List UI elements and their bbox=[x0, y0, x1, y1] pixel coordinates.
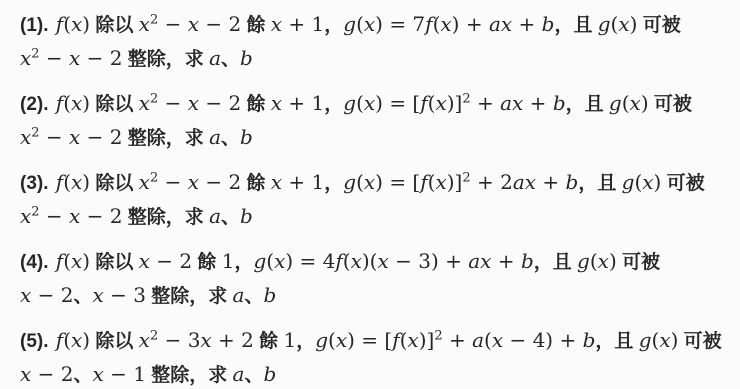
math-segment: x − 3 bbox=[93, 283, 146, 307]
problem-number: (2). bbox=[20, 94, 49, 115]
text-segment: ， bbox=[296, 331, 315, 352]
text-segment: 餘 bbox=[241, 94, 271, 115]
math-segment: x2 − x − 2 bbox=[20, 46, 123, 70]
math-segment: g(x) = [f(x)]2 + a(x − 4) + b bbox=[315, 328, 595, 352]
text-segment: 除以 bbox=[90, 173, 139, 194]
text-segment: 可被 bbox=[678, 331, 721, 352]
problem-5: (5). f(x) 除以 x2 − 3x + 2 餘 1，g(x) = [f(x… bbox=[20, 324, 728, 389]
math-segment: x − 2 bbox=[20, 362, 73, 386]
math-segment: g(x) bbox=[622, 170, 662, 194]
text-segment: 除以 bbox=[90, 94, 139, 115]
math-segment: b bbox=[240, 46, 253, 70]
text-segment: 、 bbox=[73, 286, 92, 307]
math-segment: b bbox=[264, 362, 277, 386]
text-segment: 可被 bbox=[661, 173, 704, 194]
problem-4: (4). f(x) 除以 x − 2 餘 1，g(x) = 4f(x)(x − … bbox=[20, 245, 728, 313]
math-segment: 1 bbox=[283, 328, 296, 352]
text-segment: 、 bbox=[221, 207, 240, 228]
text-segment: 整除，求 bbox=[123, 128, 210, 149]
math-segment: x − 1 bbox=[93, 362, 146, 386]
math-segment: g(x) = [f(x)]2 + ax + b bbox=[343, 91, 565, 115]
math-segment: g(x) = 7f(x) + ax + b bbox=[343, 12, 554, 36]
problem-number: (4). bbox=[20, 252, 49, 273]
math-segment: a bbox=[209, 46, 221, 70]
text-segment: ，且 bbox=[566, 94, 609, 115]
math-segment: x2 − x − 2 bbox=[20, 125, 123, 149]
math-segment: a bbox=[209, 125, 221, 149]
text-segment: 餘 bbox=[241, 173, 271, 194]
text-segment: 可被 bbox=[617, 252, 660, 273]
math-segment: b bbox=[240, 204, 253, 228]
problem-number: (1). bbox=[20, 15, 49, 36]
math-problems-document: (1). f(x) 除以 x2 − x − 2 餘 x + 1，g(x) = 7… bbox=[0, 0, 740, 389]
math-segment: b bbox=[264, 283, 277, 307]
math-segment: x + 1 bbox=[271, 170, 324, 194]
text-segment: 、 bbox=[244, 286, 263, 307]
text-segment: ，且 bbox=[578, 173, 621, 194]
math-segment: f(x) bbox=[56, 249, 90, 273]
text-segment: 餘 bbox=[241, 15, 271, 36]
text-segment: ，且 bbox=[534, 252, 577, 273]
text-segment: 、 bbox=[221, 49, 240, 70]
math-segment: g(x) bbox=[609, 91, 649, 115]
math-segment: x2 − 3x + 2 bbox=[139, 328, 254, 352]
problem-3: (3). f(x) 除以 x2 − x − 2 餘 x + 1，g(x) = [… bbox=[20, 166, 728, 234]
math-segment: g(x) = [f(x)]2 + 2ax + b bbox=[343, 170, 578, 194]
math-segment: x2 − x − 2 bbox=[139, 170, 242, 194]
math-segment: a bbox=[233, 283, 245, 307]
math-segment: g(x) bbox=[639, 328, 679, 352]
problem-2: (2). f(x) 除以 x2 − x − 2 餘 x + 1，g(x) = [… bbox=[20, 87, 728, 155]
text-segment: 可被 bbox=[637, 15, 680, 36]
problem-number: (5). bbox=[20, 331, 49, 352]
text-segment: 、 bbox=[244, 365, 263, 386]
math-segment: x2 − x − 2 bbox=[139, 91, 242, 115]
text-segment: ， bbox=[324, 15, 343, 36]
text-segment: ， bbox=[234, 252, 253, 273]
text-segment: ，且 bbox=[554, 15, 597, 36]
text-segment: 餘 bbox=[254, 331, 284, 352]
math-segment: x2 − x − 2 bbox=[139, 12, 242, 36]
math-segment: b bbox=[240, 125, 253, 149]
math-segment: g(x) bbox=[577, 249, 617, 273]
problem-1: (1). f(x) 除以 x2 − x − 2 餘 x + 1，g(x) = 7… bbox=[20, 8, 728, 76]
math-segment: f(x) bbox=[56, 12, 90, 36]
math-segment: x − 2 bbox=[139, 249, 192, 273]
math-segment: g(x) bbox=[598, 12, 638, 36]
text-segment: 整除，求 bbox=[123, 207, 210, 228]
math-segment: g(x) = 4f(x)(x − 3) + ax + b bbox=[253, 249, 533, 273]
text-segment: 可被 bbox=[649, 94, 692, 115]
math-segment: 1 bbox=[222, 249, 235, 273]
math-segment: x + 1 bbox=[271, 12, 324, 36]
text-segment: 餘 bbox=[192, 252, 222, 273]
problem-list: (1). f(x) 除以 x2 − x − 2 餘 x + 1，g(x) = 7… bbox=[20, 8, 728, 389]
math-segment: f(x) bbox=[56, 91, 90, 115]
text-segment: ， bbox=[324, 94, 343, 115]
text-segment: 、 bbox=[221, 128, 240, 149]
math-segment: x + 1 bbox=[271, 91, 324, 115]
math-segment: a bbox=[209, 204, 221, 228]
text-segment: 除以 bbox=[90, 252, 139, 273]
math-segment: f(x) bbox=[56, 170, 90, 194]
math-segment: a bbox=[233, 362, 245, 386]
text-segment: 整除，求 bbox=[123, 49, 210, 70]
math-segment: x2 − x − 2 bbox=[20, 204, 123, 228]
text-segment: 、 bbox=[73, 365, 92, 386]
text-segment: 整除，求 bbox=[146, 286, 233, 307]
problem-number: (3). bbox=[20, 173, 49, 194]
text-segment: 除以 bbox=[90, 331, 139, 352]
math-segment: x − 2 bbox=[20, 283, 73, 307]
text-segment: 除以 bbox=[90, 15, 139, 36]
text-segment: ，且 bbox=[595, 331, 638, 352]
text-segment: 整除，求 bbox=[146, 365, 233, 386]
math-segment: f(x) bbox=[56, 328, 90, 352]
text-segment: ， bbox=[324, 173, 343, 194]
